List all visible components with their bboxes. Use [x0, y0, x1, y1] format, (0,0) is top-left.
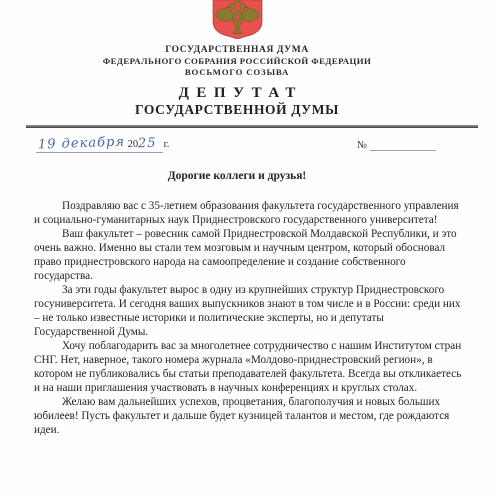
- russian-coat-of-arms-icon: [211, 0, 264, 39]
- salutation: Дорогие коллеги и друзья!: [0, 170, 474, 182]
- date-number-line: 19 декабря 2025 г. №: [36, 136, 466, 156]
- paragraph: Ваш факультет – ровесник самой Приднестр…: [34, 227, 466, 283]
- printed-century: 20: [128, 139, 139, 150]
- paragraph: За эти годы факультет вырос в одну из кр…: [34, 283, 466, 339]
- official-letter-page: ГОСУДАРСТВЕННАЯ ДУМА ФЕДЕРАЛЬНОГО СОБРАН…: [0, 0, 500, 500]
- handwritten-date: 19 декабря: [38, 134, 125, 152]
- paragraph: Желаю вам дальнейших успехов, процветани…: [34, 395, 466, 437]
- year-suffix: г.: [164, 139, 170, 150]
- org-name-line2: ФЕДЕРАЛЬНОГО СОБРАНИЯ РОССИЙСКОЙ ФЕДЕРАЦ…: [0, 56, 474, 67]
- document-number-field: №: [357, 138, 436, 151]
- number-sign: №: [357, 140, 367, 151]
- org-name-line1: ГОСУДАРСТВЕННАЯ ДУМА: [0, 45, 474, 56]
- number-blank-line: [370, 138, 436, 151]
- paragraph: Поздравляю вас с 35-летием образования ф…: [34, 199, 466, 227]
- org-name-line3: ВОСЬМОГО СОЗЫВА: [0, 67, 474, 78]
- letterhead-divider: [26, 125, 478, 128]
- letter-body: Поздравляю вас с 35-летием образования ф…: [34, 199, 466, 437]
- deputy-title: ДЕПУТАТ: [0, 84, 474, 102]
- date-field: 19 декабря 2025: [36, 136, 163, 153]
- handwritten-year: 25: [138, 136, 157, 152]
- paragraph: Хочу поблагодарить вас за многолетнее со…: [34, 339, 466, 395]
- letterhead: ГОСУДАРСТВЕННАЯ ДУМА ФЕДЕРАЛЬНОГО СОБРАН…: [0, 45, 474, 117]
- deputy-subtitle: ГОСУДАРСТВЕННОЙ ДУМЫ: [0, 102, 474, 117]
